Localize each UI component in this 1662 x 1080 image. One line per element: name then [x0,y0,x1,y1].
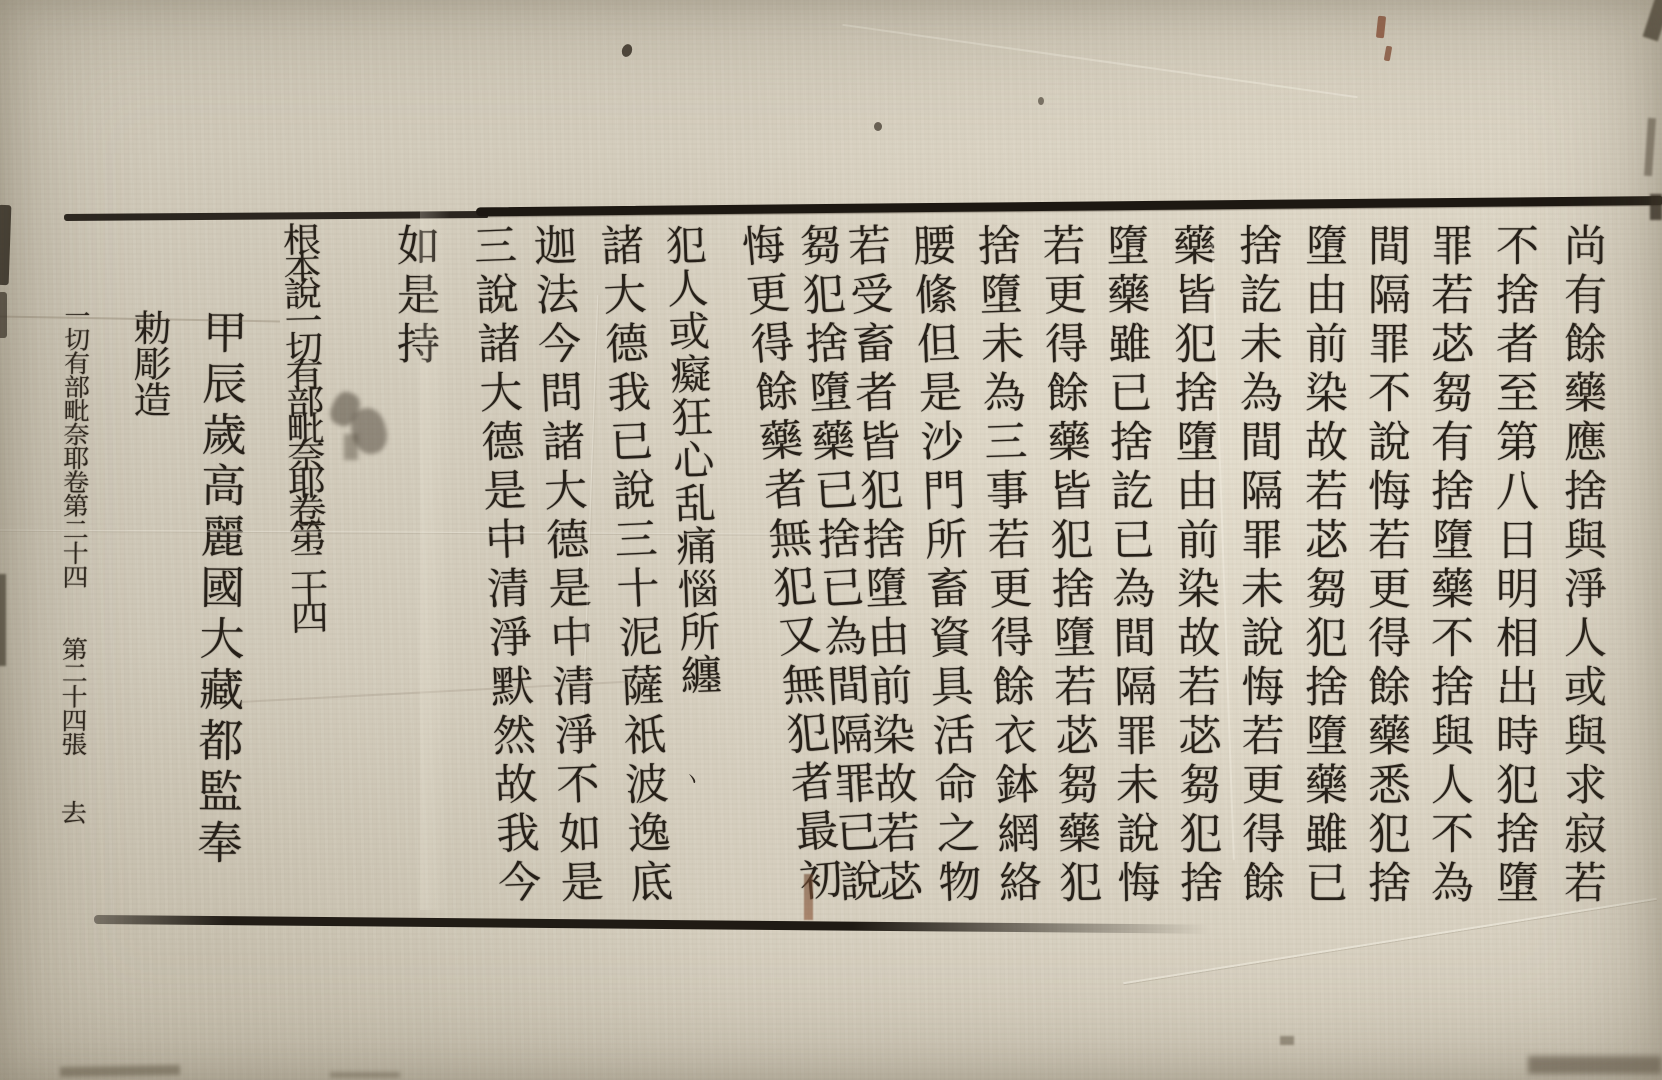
sheet-mark-number: 第二十四張 [57,636,88,755]
edge-shadow [1280,1036,1294,1045]
sutra-column-1: 尚有餘藥應捨與淨人或與求寂若 [1552,223,1613,909]
edge-tear-mark [0,292,7,338]
sutra-column-19: 如是持 [385,223,446,370]
ink-speck [874,122,882,131]
edge-tear-mark [1644,118,1656,176]
edge-shadow [330,1072,400,1078]
ink-speck [1038,97,1044,105]
edge-shadow [60,1065,180,1077]
ink-smudge [347,404,392,457]
sutra-column-4: 間隔罪不說悔若更得餘藥悉犯捨 [1356,223,1417,909]
top-border-line-left [64,211,488,221]
rust-stain [1376,16,1386,39]
edge-tear-mark [1643,0,1662,41]
sheet-mark-column: 一切有部毗奈耶卷第二十四 第二十四張 去 [53,303,94,824]
sutra-column-2: 不捨者至第八日明相出時犯捨墮 [1484,223,1545,909]
colophon-column-date: 甲辰歲高麗國大藏都監奉 [183,309,254,871]
top-border-line [476,196,1662,216]
ink-speck [620,43,634,59]
colophon-column-decree: 勅彫造 [122,309,177,417]
scroll-sheet: 尚有餘藥應捨與淨人或與求寂若 不捨者至第八日明相出時犯捨墮 罪若苾芻有捨墮藥不捨… [0,0,1662,1080]
sutra-column-6: 捨訖未為間隔罪未說悔若更得餘 [1227,223,1292,909]
sheet-mark-box-code: 去 [56,800,86,824]
ink-smudge [344,434,358,460]
edge-tear-mark [0,574,6,666]
paper-crease [1123,898,1657,984]
edge-tear-mark [0,205,11,285]
sheet-mark-scripture: 一切有部毗奈耶卷第二十四 [58,303,90,588]
edge-shadow [1528,1056,1662,1074]
rust-stain [1384,46,1393,62]
bottom-border-line [94,915,1209,934]
sutra-column-5: 墮由前染故若苾芻犯捨墮藥雖已 [1293,223,1354,909]
paper-crease [842,24,1357,98]
sutra-column-7: 藥皆犯捨墮由前染故若苾芻犯捨 [1161,223,1229,910]
scroll-title-column: 根本說一切有部毗奈耶卷第二十四 [271,221,334,627]
ink-smudge [326,388,364,430]
section-end-dot: 丶 [679,762,705,795]
sutra-column-3: 罪若苾芻有捨墮藥不捨與人不為 [1419,223,1480,909]
